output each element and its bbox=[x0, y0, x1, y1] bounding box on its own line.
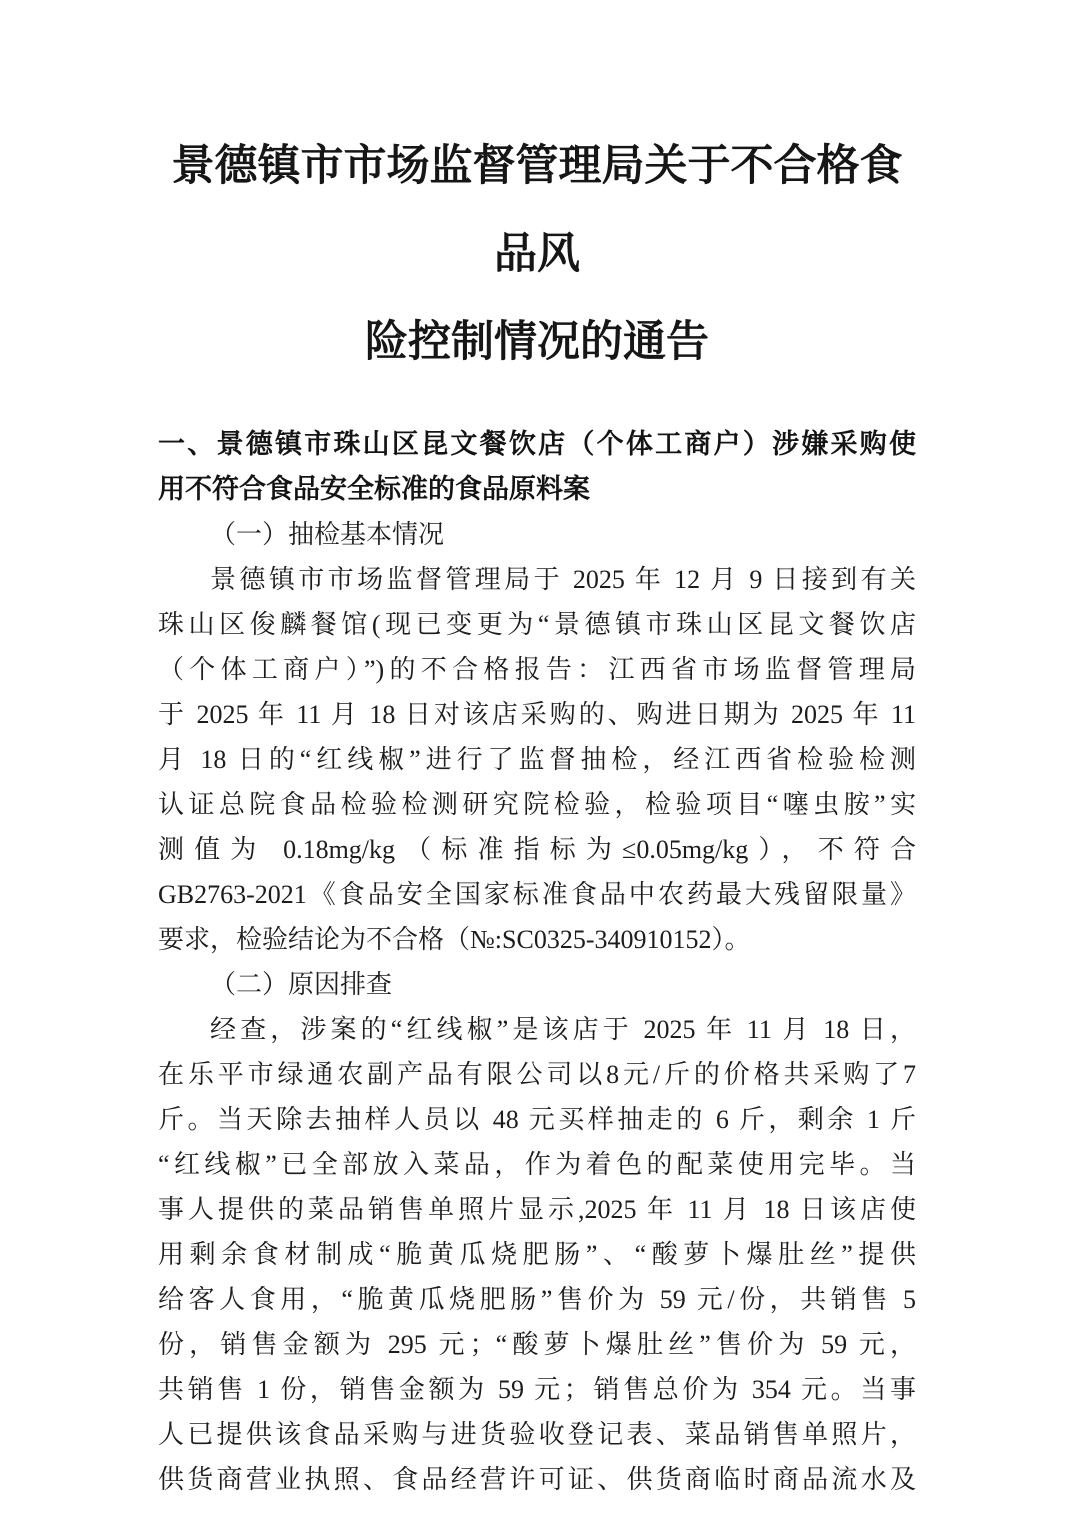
paragraph-text-line: 给客人食用，“脆黄瓜烧肥肠”售价为 59 元/份，共销售 5 bbox=[158, 1277, 916, 1322]
paragraph-text-line: “红线椒”已全部放入菜品，作为着色的配菜使用完毕。当 bbox=[158, 1142, 916, 1187]
paragraph-text-line: 人已提供该食品采购与进货验收登记表、菜品销售单照片， bbox=[158, 1412, 916, 1457]
paragraph-text-line: 于 2025 年 11 月 18 日对该店采购的、购进日期为 2025 年 11 bbox=[158, 692, 916, 737]
paragraph-text-line: 用剩余食材制成“脆黄瓜烧肥肠”、“酸萝卜爆肚丝”提供 bbox=[158, 1232, 916, 1277]
paragraph-text-line: 景德镇市市场监督管理局于 2025 年 12 月 9 日接到有关 bbox=[158, 557, 916, 602]
paragraph-text-line: GB2763-2021《食品安全国家标准食品中农药最大残留限量》 bbox=[158, 872, 916, 917]
heading1-text-line: 用不符合食品安全标准的食品原料案 bbox=[158, 467, 916, 512]
section-heading2: （一）抽检基本情况 bbox=[158, 512, 916, 557]
paragraph-text-line: 事人提供的菜品销售单照片显示,2025 年 11 月 18 日该店使 bbox=[158, 1187, 916, 1232]
paragraph-text-line: 认证总院食品检验检测研究院检验，检验项目“噻虫胺”实 bbox=[158, 782, 916, 827]
paragraph-text-line: 份，销售金额为 295 元；“酸萝卜爆肚丝”售价为 59 元， bbox=[158, 1322, 916, 1367]
paragraph-text-line: （个体工商户）”)的不合格报告：江西省市场监督管理局 bbox=[158, 647, 916, 692]
paragraph-text-line: 共销售 1 份，销售金额为 59 元；销售总价为 354 元。当事 bbox=[158, 1367, 916, 1412]
paragraph-text-line: 供货商营业执照、食品经营许可证、供货商临时商品流水及 bbox=[158, 1457, 916, 1502]
document-body: 一、景德镇市珠山区昆文餐饮店（个体工商户）涉嫌采购使用不符合食品安全标准的食品原… bbox=[158, 422, 916, 1502]
heading2-text-line: （一）抽检基本情况 bbox=[158, 512, 916, 557]
document-title: 景德镇市市场监督管理局关于不合格食品风 险控制情况的通告 bbox=[158, 0, 916, 386]
paragraph-text-line: 经查，涉案的“红线椒”是该店于 2025 年 11 月 18 日， bbox=[158, 1007, 916, 1052]
paragraph-text-line: 在乐平市绿通农副产品有限公司以8元/斤的价格共采购了7 bbox=[158, 1052, 916, 1097]
section-heading2: （二）原因排查 bbox=[158, 962, 916, 1007]
paragraph-text-line: 珠山区俊麟餐馆(现已变更为“景德镇市珠山区昆文餐饮店 bbox=[158, 602, 916, 647]
paragraph-text-line: 要求，检验结论为不合格（№:SC0325-340910152）。 bbox=[158, 917, 916, 962]
paragraph-text-line: 测值为 0.18mg/kg（标准指标为≤0.05mg/kg），不符合 bbox=[158, 827, 916, 872]
body-paragraph: 景德镇市市场监督管理局于 2025 年 12 月 9 日接到有关珠山区俊麟餐馆(… bbox=[158, 557, 916, 962]
document-page: 景德镇市市场监督管理局关于不合格食品风 险控制情况的通告 一、景德镇市珠山区昆文… bbox=[0, 0, 1074, 1520]
heading2-text-line: （二）原因排查 bbox=[158, 962, 916, 1007]
body-paragraph: 经查，涉案的“红线椒”是该店于 2025 年 11 月 18 日，在乐平市绿通农… bbox=[158, 1007, 916, 1502]
document-title-line-1: 景德镇市市场监督管理局关于不合格食品风 bbox=[158, 122, 916, 298]
document-title-line-2: 险控制情况的通告 bbox=[158, 298, 916, 386]
paragraph-text-line: 月 18 日的“红线椒”进行了监督抽检，经江西省检验检测 bbox=[158, 737, 916, 782]
paragraph-text-line: 斤。当天除去抽样人员以 48 元买样抽走的 6 斤，剩余 1 斤 bbox=[158, 1097, 916, 1142]
section-heading1: 一、景德镇市珠山区昆文餐饮店（个体工商户）涉嫌采购使用不符合食品安全标准的食品原… bbox=[158, 422, 916, 512]
heading1-text-line: 一、景德镇市珠山区昆文餐饮店（个体工商户）涉嫌采购使 bbox=[158, 422, 916, 467]
